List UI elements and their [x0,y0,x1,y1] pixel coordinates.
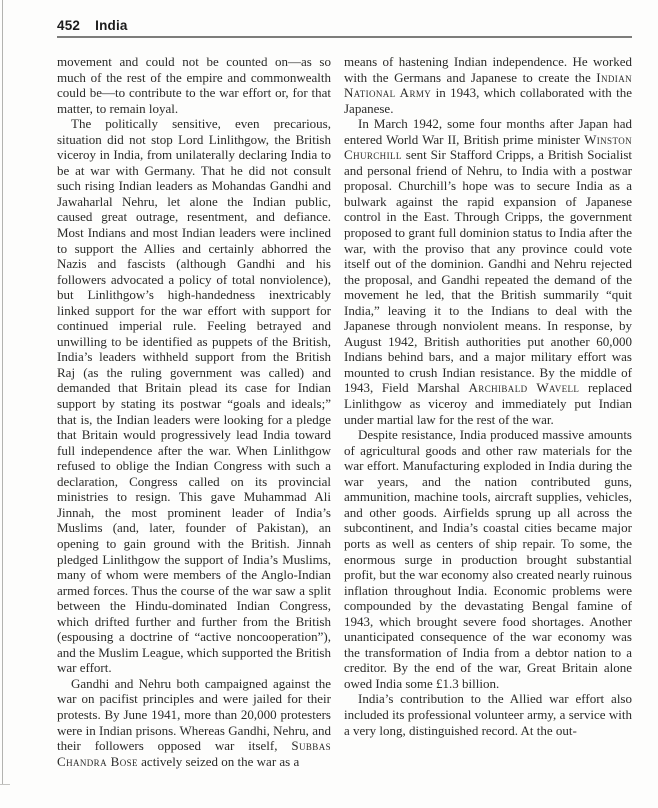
paragraph: Gandhi and Nehru both campaigned against… [57,676,331,769]
text-run: India’s contribution to the Allied war e… [344,691,632,737]
scan-edge-artifact [0,784,10,785]
text-run: The politically sensitive, even precario… [57,116,331,675]
right-column: means of hastening Indian independence. … [344,54,632,769]
small-caps-name: Archibald Wavell [469,380,580,395]
chapter-title: India [95,18,128,33]
scan-edge-line [2,0,3,784]
paragraph: In March 1942, some four months after Ja… [344,116,632,427]
paragraph: means of hastening Indian independence. … [344,54,632,116]
two-column-text: movement and could not be counted on—as … [57,54,632,769]
paragraph: Despite resistance, India produced massi… [344,427,632,691]
book-page: 452India movement and could not be count… [0,0,658,808]
page-number: 452 [57,18,80,33]
text-run: movement and could not be counted on—as … [57,54,331,116]
paragraph: India’s contribution to the Allied war e… [344,691,632,738]
paragraph: movement and could not be counted on—as … [57,54,331,116]
text-run: Despite resistance, India produced massi… [344,427,632,691]
text-run: Gandhi and Nehru both campaigned against… [57,676,331,753]
running-head: 452India [57,18,632,33]
text-run: means of hastening Indian independence. … [344,54,632,85]
paragraph: The politically sensitive, even precario… [57,116,331,676]
text-run: actively seized on the war as a [138,754,299,769]
left-column: movement and could not be counted on—as … [57,54,331,769]
text-run: sent Sir Stafford Cripps, a British Soci… [344,147,632,395]
header-rule [57,36,632,38]
